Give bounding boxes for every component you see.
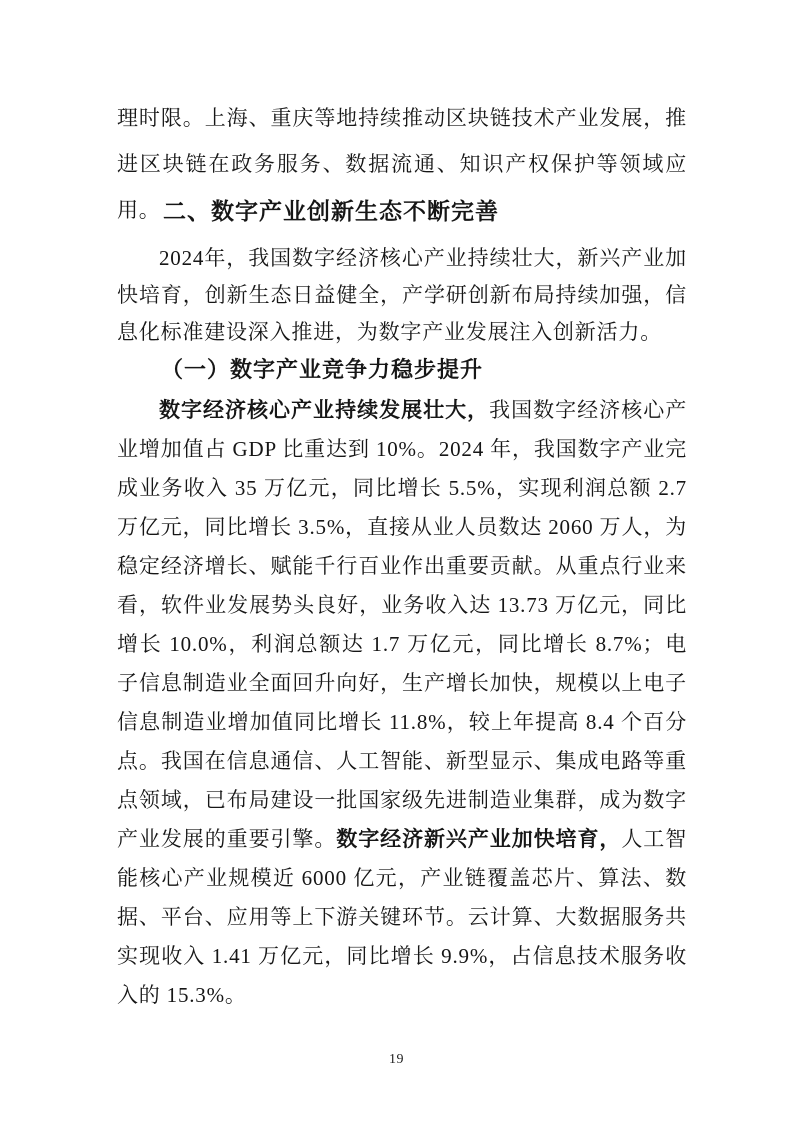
main-paragraph-text-1: 我国数字经济核心产业增加值占 GDP 比重达到 10%。2024 年，我国数字产… xyxy=(117,398,687,851)
page-number: 19 xyxy=(0,1052,793,1068)
main-paragraph-text-2: 人工智能核心产业规模近 6000 亿元，产业链覆盖芯片、算法、数据、平台、应用等… xyxy=(117,827,687,1007)
subsection-heading: （一）数字产业竞争力稳步提升 xyxy=(117,355,687,385)
document-page: 理时限。上海、重庆等地持续推动区块链技术产业发展，推进区块链在政务服务、数据流通… xyxy=(0,0,793,1122)
bold-lead-phrase: 数字经济核心产业持续发展壮大， xyxy=(159,398,489,422)
main-paragraph: 数字经济核心产业持续发展壮大，我国数字经济核心产业增加值占 GDP 比重达到 1… xyxy=(117,391,687,1015)
section-heading: 二、数字产业创新生态不断完善 xyxy=(117,196,687,226)
bold-mid-phrase: 数字经济新兴产业加快培育， xyxy=(336,827,621,851)
intro-paragraph: 2024年，我国数字经济核心产业持续壮大，新兴产业加快培育，创新生态日益健全，产… xyxy=(117,240,687,351)
